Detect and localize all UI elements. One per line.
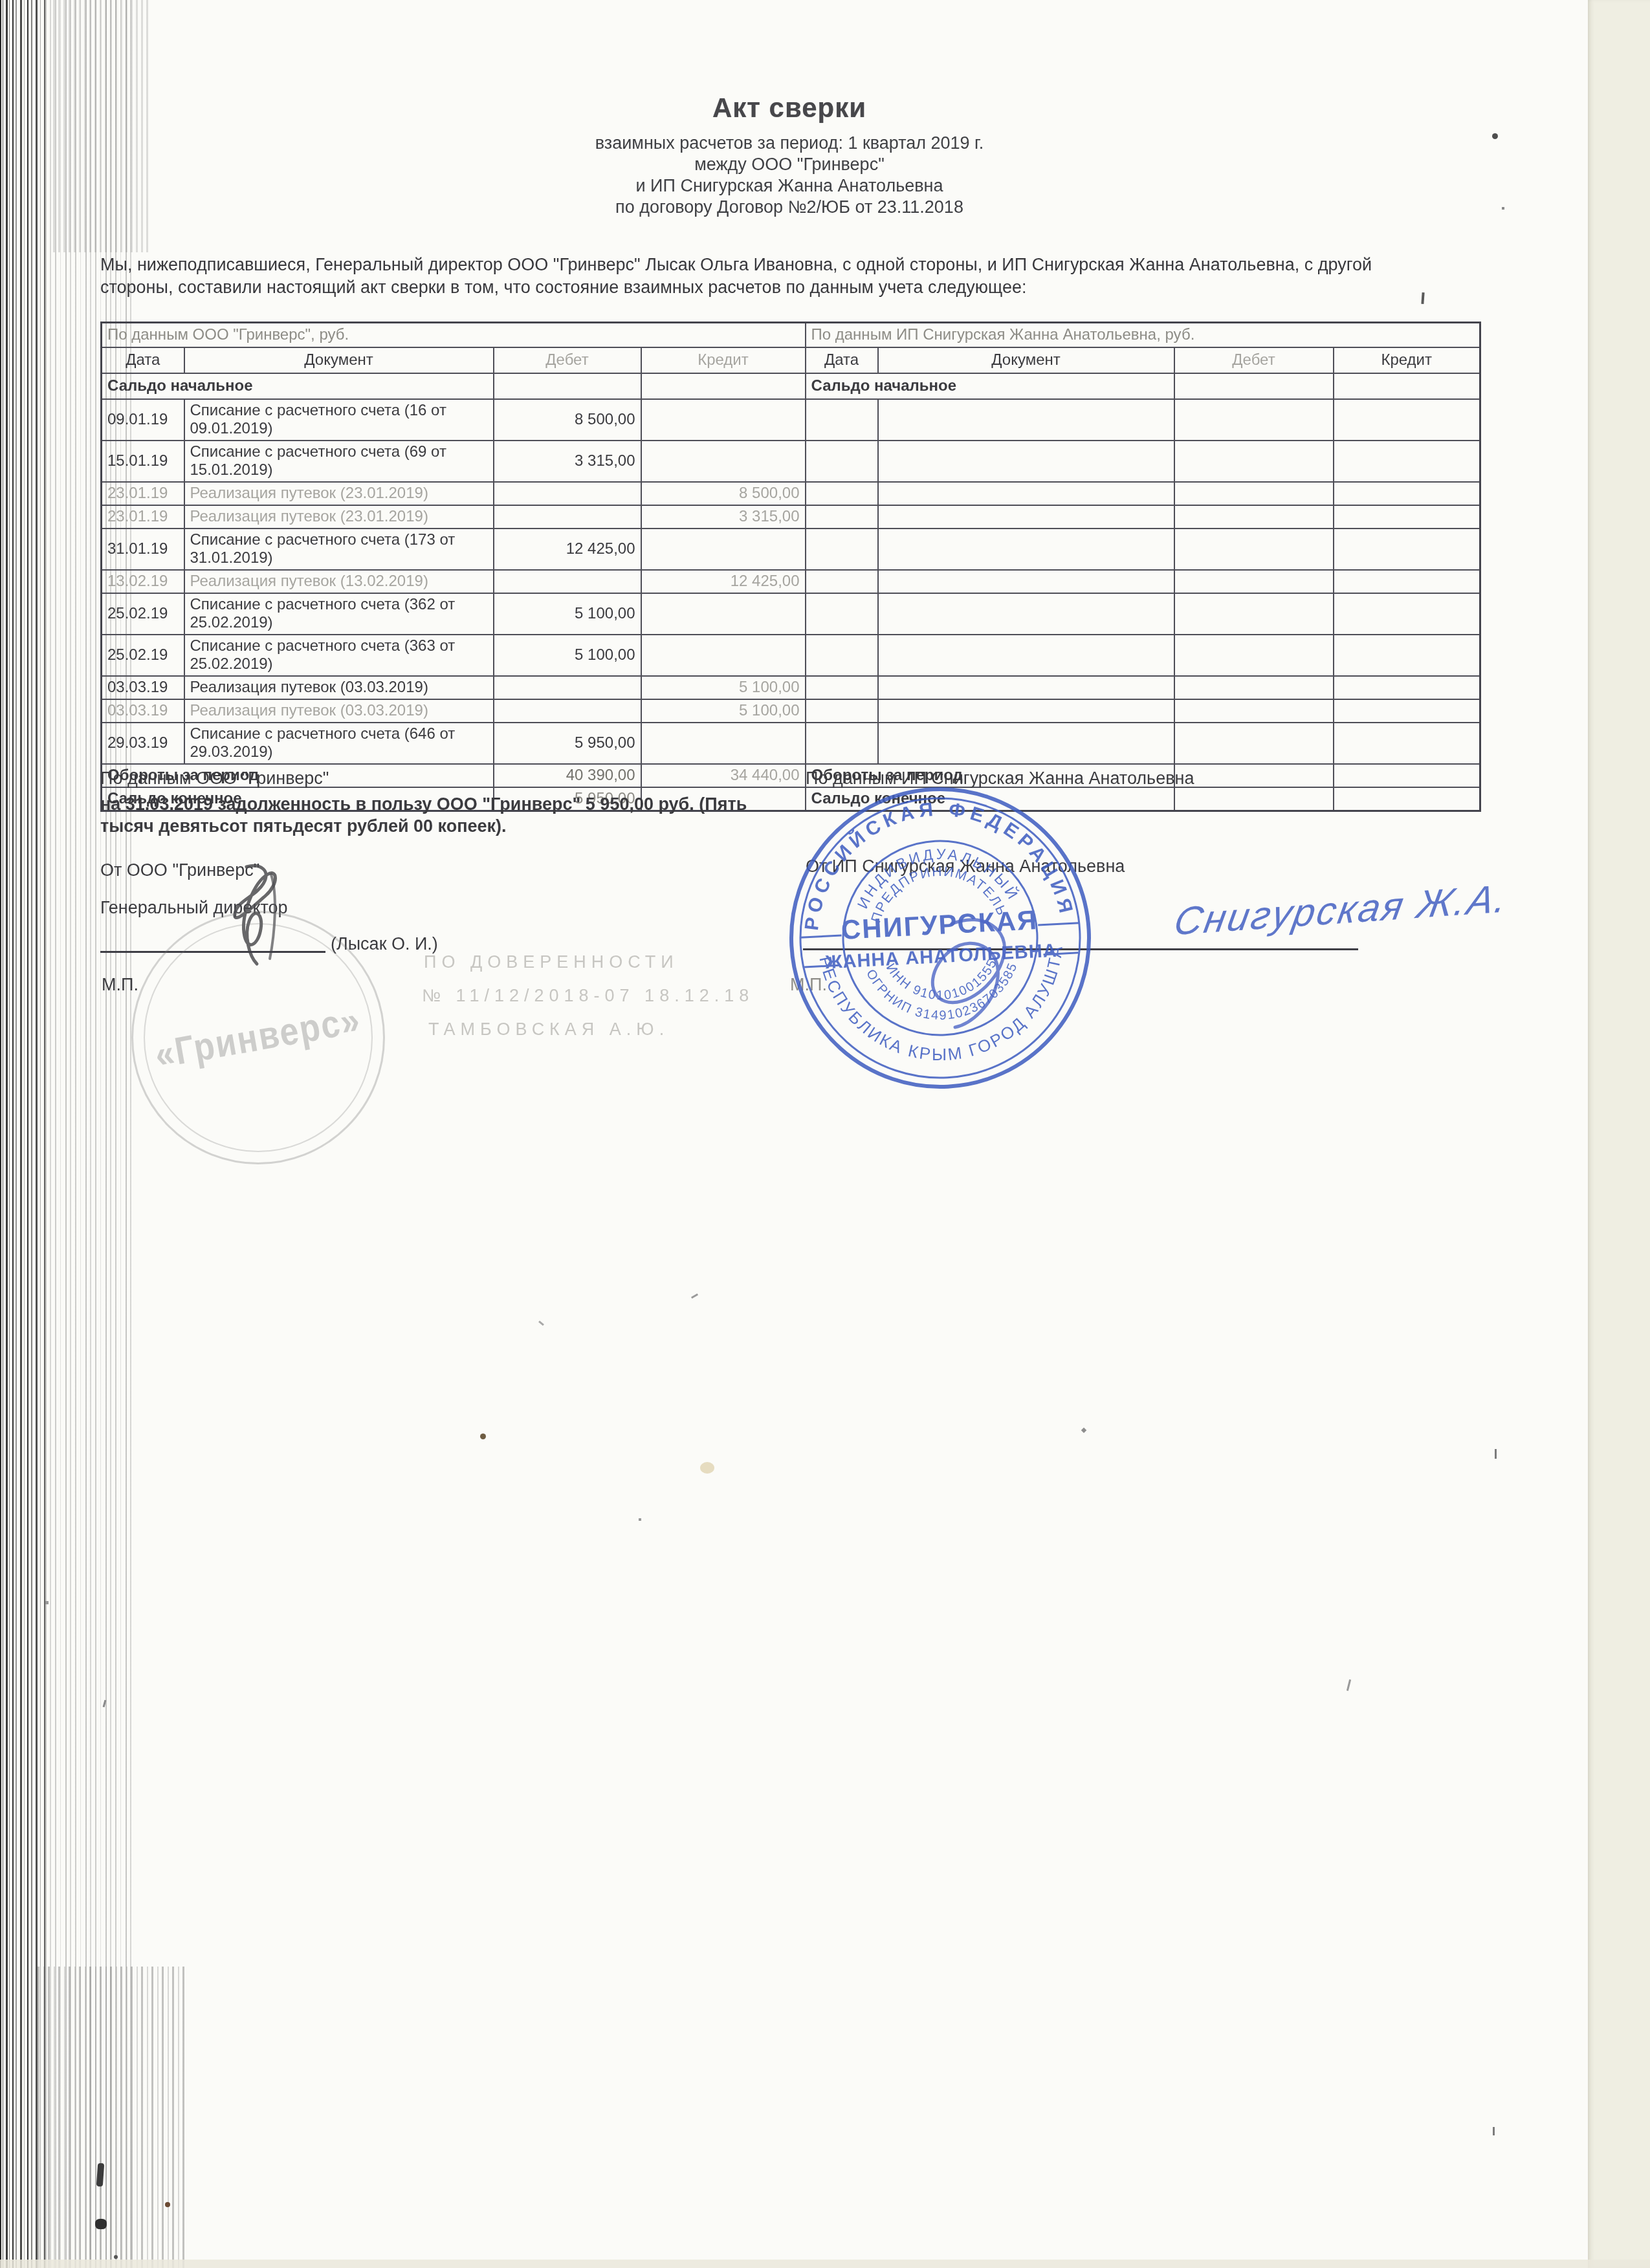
table-row: 29.03.19Списание с расчетного счета (646…: [102, 723, 1480, 764]
table-row: 31.01.19Списание с расчетного счета (173…: [102, 529, 1480, 570]
source-header-row: По данным ООО "Гринверс", руб. По данным…: [102, 323, 1480, 348]
document-header: Акт сверки взаимных расчетов за период: …: [100, 93, 1479, 218]
proxy-stamp-line: ТАМБОВСКАЯ А.Ю.: [428, 1020, 669, 1040]
scan-streaks-left: [0, 0, 50, 2268]
scan-speck: [1492, 133, 1498, 139]
document-content: Акт сверки взаимных расчетов за период: …: [100, 0, 1479, 2268]
column-header-document: Документ: [878, 347, 1174, 373]
intro-line: стороны, составили настоящий акт сверки …: [100, 276, 1479, 299]
table-row: 23.01.19Реализация путевок (23.01.2019)8…: [102, 482, 1480, 505]
right-source-header: По данным ИП Снигурская Жанна Анатольевн…: [806, 323, 1480, 348]
subtitle-line: взаимных расчетов за период: 1 квартал 2…: [100, 133, 1479, 154]
scan-band-right: [1588, 0, 1650, 2268]
left-source-header: По данным ООО "Гринверс", руб.: [102, 323, 806, 348]
scan-speck: [1502, 207, 1504, 210]
subtitle-line: и ИП Снигурская Жанна Анатольевна: [100, 175, 1479, 197]
page-title: Акт сверки: [100, 93, 1479, 124]
scan-speck: [165, 2202, 170, 2207]
scan-speck: [45, 1601, 49, 1604]
proxy-stamp-line: ПО ДОВЕРЕННОСТИ: [424, 952, 679, 972]
left-summary-block: По данным ООО "Гринверс" на 31.03.2019 з…: [100, 767, 796, 837]
subtitle-line: по договору Договор №2/ЮБ от 23.11.2018: [100, 197, 1479, 218]
left-mp-label: М.П.: [102, 974, 138, 996]
table-row: 13.02.19Реализация путевок (13.02.2019)1…: [102, 570, 1480, 593]
table-row: 25.02.19Списание с расчетного счета (363…: [102, 635, 1480, 676]
column-header-credit: Кредит: [641, 347, 806, 373]
left-debt-statement: на 31.03.2019 задолженность в пользу ООО…: [100, 793, 796, 837]
opening-balance-label: Сальдо начальное: [806, 373, 1174, 399]
left-summary-title: По данным ООО "Гринверс": [100, 767, 796, 789]
column-header-row: Дата Документ Дебет Кредит Дата Документ…: [102, 347, 1480, 373]
proxy-stamp-line: № 11/12/2018-07 18.12.18: [422, 986, 754, 1006]
grinvers-stamp: «Гринверс»: [131, 911, 385, 1164]
table-row: 09.01.19Списание с расчетного счета (16 …: [102, 399, 1480, 441]
intro-line: Мы, нижеподписавшиеся, Генеральный дирек…: [100, 254, 1479, 276]
table-row: 03.03.19Реализация путевок (03.03.2019)5…: [102, 699, 1480, 723]
column-header-debit: Дебет: [1174, 347, 1334, 373]
table-body: 09.01.19Списание с расчетного счета (16 …: [102, 399, 1480, 764]
table-row: 23.01.19Реализация путевок (23.01.2019)3…: [102, 505, 1480, 529]
column-header-document: Документ: [184, 347, 494, 373]
scan-speck: [480, 1434, 486, 1439]
handwritten-signature: Снигурская Ж.А.: [1171, 875, 1512, 944]
table-row: 03.03.19Реализация путевок (03.03.2019)5…: [102, 676, 1480, 699]
scan-speck: [639, 1518, 641, 1521]
scan-speck: [1495, 1449, 1497, 1459]
column-header-debit: Дебет: [494, 347, 641, 373]
scan-speck: [700, 1462, 714, 1474]
table-row: 25.02.19Списание с расчетного счета (362…: [102, 593, 1480, 635]
column-header-credit: Кредит: [1334, 347, 1480, 373]
column-header-date: Дата: [102, 347, 184, 373]
stamp-pen-scribble: [900, 911, 1046, 1034]
scan-speck: [1493, 2127, 1495, 2135]
column-header-date: Дата: [806, 347, 878, 373]
intro-paragraph: Мы, нижеподписавшиеся, Генеральный дирек…: [100, 254, 1479, 299]
scan-speck: [114, 2255, 118, 2259]
scan-speck: [95, 2219, 107, 2229]
table-row: 15.01.19Списание с расчетного счета (69 …: [102, 441, 1480, 482]
reconciliation-table: По данным ООО "Гринверс", руб. По данным…: [100, 322, 1481, 812]
opening-balance-label: Сальдо начальное: [102, 373, 494, 399]
subtitle-line: между ООО "Гринверс": [100, 154, 1479, 175]
opening-balance-row: Сальдо начальное Сальдо начальное: [102, 373, 1480, 399]
scanned-document-page: Акт сверки взаимных расчетов за период: …: [0, 0, 1650, 2268]
